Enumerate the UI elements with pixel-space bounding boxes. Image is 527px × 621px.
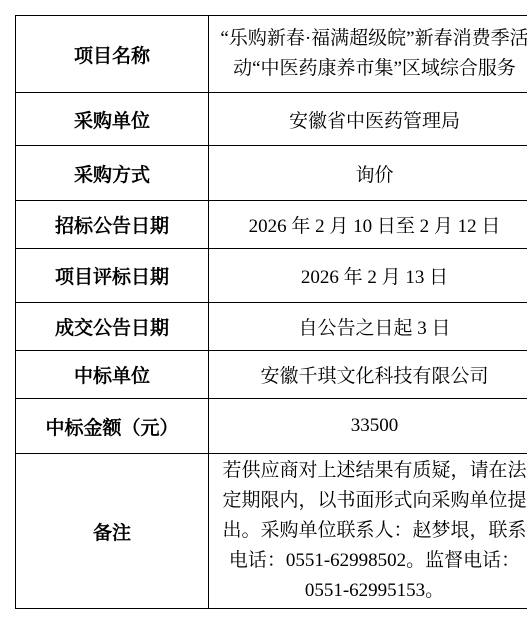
table-row-winning-amount: 中标金额（元） 33500 bbox=[16, 399, 527, 454]
table-row-evaluation-date: 项目评标日期 2026 年 2 月 13 日 bbox=[16, 249, 527, 303]
row-label-announcement-date: 招标公告日期 bbox=[16, 201, 209, 249]
table-row-purchaser: 采购单位 安徽省中医药管理局 bbox=[16, 93, 527, 146]
row-value-announcement-date: 2026 年 2 月 10 日至 2 月 12 日 bbox=[209, 201, 527, 249]
table-row-announcement-date: 招标公告日期 2026 年 2 月 10 日至 2 月 12 日 bbox=[16, 201, 527, 249]
row-value-winning-bidder: 安徽千琪文化科技有限公司 bbox=[209, 351, 527, 399]
row-label-project-name: 项目名称 bbox=[16, 16, 209, 93]
table-row-award-notice-date: 成交公告日期 自公告之日起 3 日 bbox=[16, 303, 527, 351]
row-label-award-notice-date: 成交公告日期 bbox=[16, 303, 209, 351]
document-page: 项目名称 “乐购新春·福满超级皖”新春消费季活动“中医药康养市集”区域综合服务 … bbox=[0, 0, 527, 621]
table-row-remarks: 备注 若供应商对上述结果有质疑，请在法定期限内，以书面形式向采购单位提出。采购单… bbox=[16, 454, 527, 609]
row-label-winning-bidder: 中标单位 bbox=[16, 351, 209, 399]
table-row-winning-bidder: 中标单位 安徽千琪文化科技有限公司 bbox=[16, 351, 527, 399]
row-label-remarks: 备注 bbox=[16, 454, 209, 609]
row-value-method: 询价 bbox=[209, 146, 527, 201]
row-value-winning-amount: 33500 bbox=[209, 399, 527, 454]
row-label-evaluation-date: 项目评标日期 bbox=[16, 249, 209, 303]
row-value-purchaser: 安徽省中医药管理局 bbox=[209, 93, 527, 146]
row-label-method: 采购方式 bbox=[16, 146, 209, 201]
row-value-remarks: 若供应商对上述结果有质疑，请在法定期限内，以书面形式向采购单位提出。采购单位联系… bbox=[209, 454, 527, 609]
table-row-method: 采购方式 询价 bbox=[16, 146, 527, 201]
table-row-project-name: 项目名称 “乐购新春·福满超级皖”新春消费季活动“中医药康养市集”区域综合服务 bbox=[16, 16, 527, 93]
row-value-award-notice-date: 自公告之日起 3 日 bbox=[209, 303, 527, 351]
procurement-result-table: 项目名称 “乐购新春·福满超级皖”新春消费季活动“中医药康养市集”区域综合服务 … bbox=[15, 15, 527, 609]
row-value-project-name: “乐购新春·福满超级皖”新春消费季活动“中医药康养市集”区域综合服务 bbox=[209, 16, 527, 93]
row-value-evaluation-date: 2026 年 2 月 13 日 bbox=[209, 249, 527, 303]
row-label-purchaser: 采购单位 bbox=[16, 93, 209, 146]
row-label-winning-amount: 中标金额（元） bbox=[16, 399, 209, 454]
